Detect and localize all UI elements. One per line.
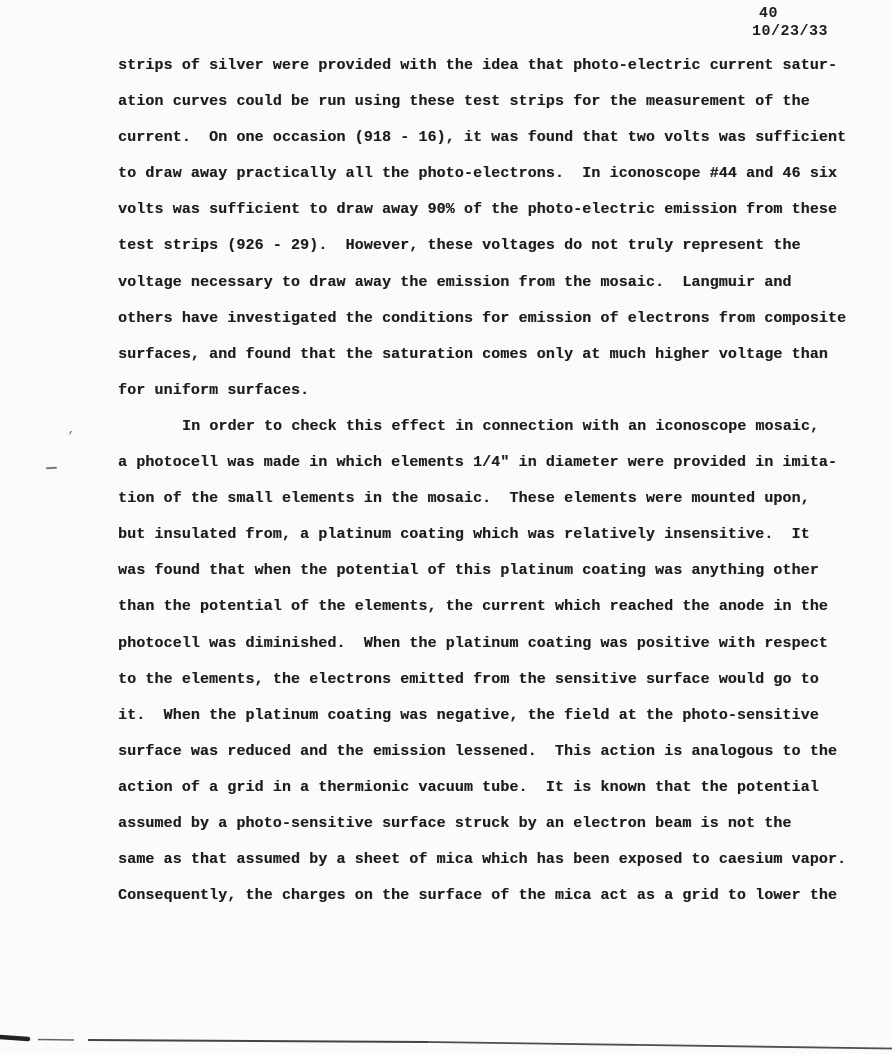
text-line: to draw away practically all the photo-e… (118, 156, 878, 192)
text-line: to the elements, the electrons emitted f… (118, 662, 878, 698)
text-line: strips of silver were provided with the … (118, 48, 878, 84)
text-line: volts was sufficient to draw away 90% of… (118, 192, 878, 228)
scan-artifact-line (0, 1028, 892, 1054)
page-header: 40 10/23/33 (752, 5, 828, 41)
text-line: In order to check this effect in connect… (118, 409, 878, 445)
text-line: test strips (926 - 29). However, these v… (118, 228, 878, 264)
paragraph: In order to check this effect in connect… (118, 409, 878, 914)
text-line: voltage necessary to draw away the emiss… (118, 265, 878, 301)
page-date: 10/23/33 (752, 23, 828, 41)
text-line: surfaces, and found that the saturation … (118, 337, 878, 373)
stray-mark (46, 467, 57, 470)
text-line: same as that assumed by a sheet of mica … (118, 842, 878, 878)
text-line: for uniform surfaces. (118, 373, 878, 409)
text-line: but insulated from, a platinum coating w… (118, 517, 878, 553)
text-line: photocell was diminished. When the plati… (118, 626, 878, 662)
text-line: surface was reduced and the emission les… (118, 734, 878, 770)
text-line: Consequently, the charges on the surface… (118, 878, 878, 914)
page-number: 40 (752, 5, 828, 23)
document-body: strips of silver were provided with the … (118, 48, 878, 914)
text-line: tion of the small elements in the mosaic… (118, 481, 878, 517)
text-line: assumed by a photo-sensitive surface str… (118, 806, 878, 842)
text-line: than the potential of the elements, the … (118, 589, 878, 625)
text-line: a photocell was made in which elements 1… (118, 445, 878, 481)
text-line: others have investigated the conditions … (118, 301, 878, 337)
text-line: it. When the platinum coating was negati… (118, 698, 878, 734)
text-line: action of a grid in a thermionic vacuum … (118, 770, 878, 806)
stray-mark: ’ (67, 430, 74, 444)
text-line: ation curves could be run using these te… (118, 84, 878, 120)
text-line: current. On one occasion (918 - 16), it … (118, 120, 878, 156)
paragraph: strips of silver were provided with the … (118, 48, 878, 409)
text-line: was found that when the potential of thi… (118, 553, 878, 589)
document-page: 40 10/23/33 strips of silver were provid… (0, 0, 892, 1054)
